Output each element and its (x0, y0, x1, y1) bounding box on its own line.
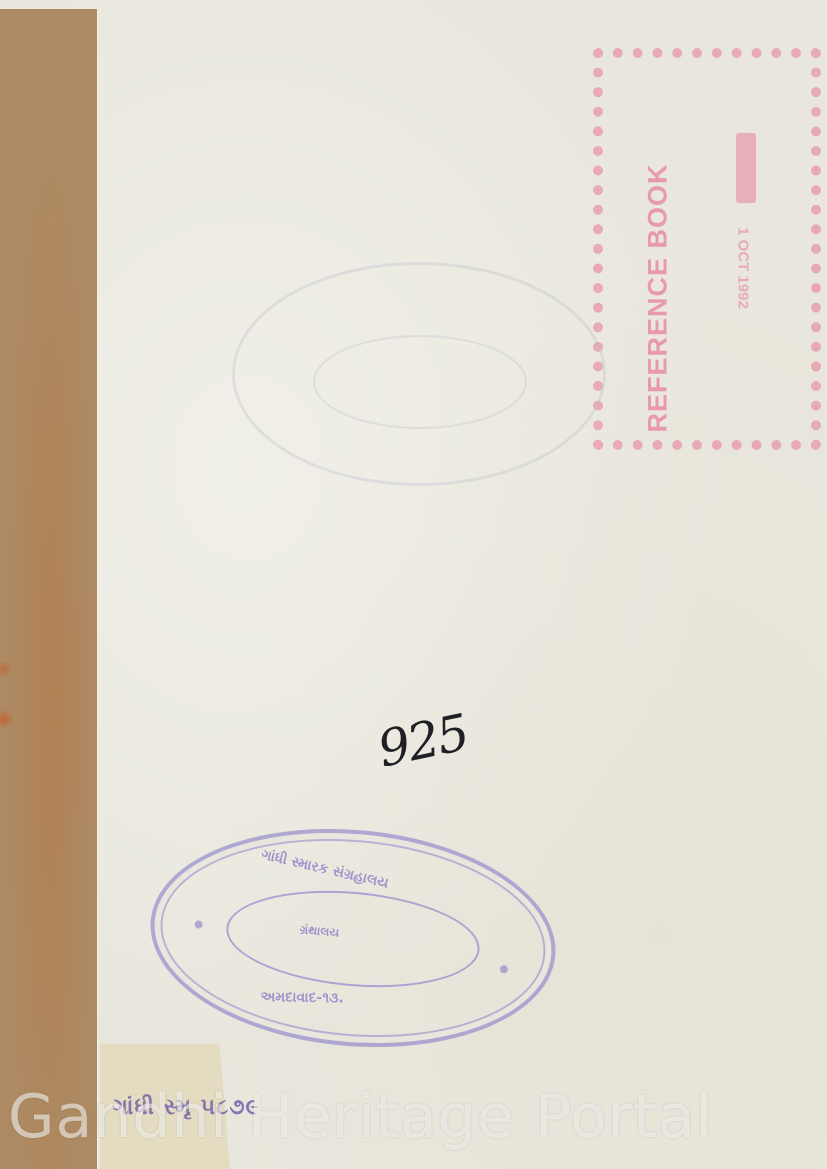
watermark: Gandhi Heritage Portal (8, 1082, 713, 1152)
library-stamp-inner-ring (222, 881, 483, 997)
library-stamp-bottom-text: અમદાવાદ-૧૩. (260, 989, 343, 1006)
handwritten-number: 925 (373, 703, 473, 778)
reference-book-stamp: REFERENCE BOOK 1 OCT 1992 (593, 48, 821, 450)
library-stamp: ગાંધી સ્મારક સંગ્રહાલય ગ્રંથાલય અમદાવાદ-… (141, 813, 564, 1064)
reference-stamp-date: 1 OCT 1992 (735, 227, 752, 309)
scanned-page: REFERENCE BOOK 1 OCT 1992 925 ગાંધી સ્મા… (0, 0, 827, 1169)
stamp-decorative-border (593, 48, 821, 450)
faded-stamp-inner-ring (313, 335, 527, 429)
library-stamp-top-text: ગાંધી સ્મારક સંગ્રહાલય (260, 847, 390, 892)
reference-stamp-label: REFERENCE BOOK (643, 163, 674, 432)
faded-library-stamp (232, 262, 606, 486)
stamp-date-block (736, 133, 756, 203)
stamp-dot-right (500, 965, 509, 974)
book-spine-strip (0, 9, 98, 1169)
stamp-dot-left (194, 920, 203, 929)
